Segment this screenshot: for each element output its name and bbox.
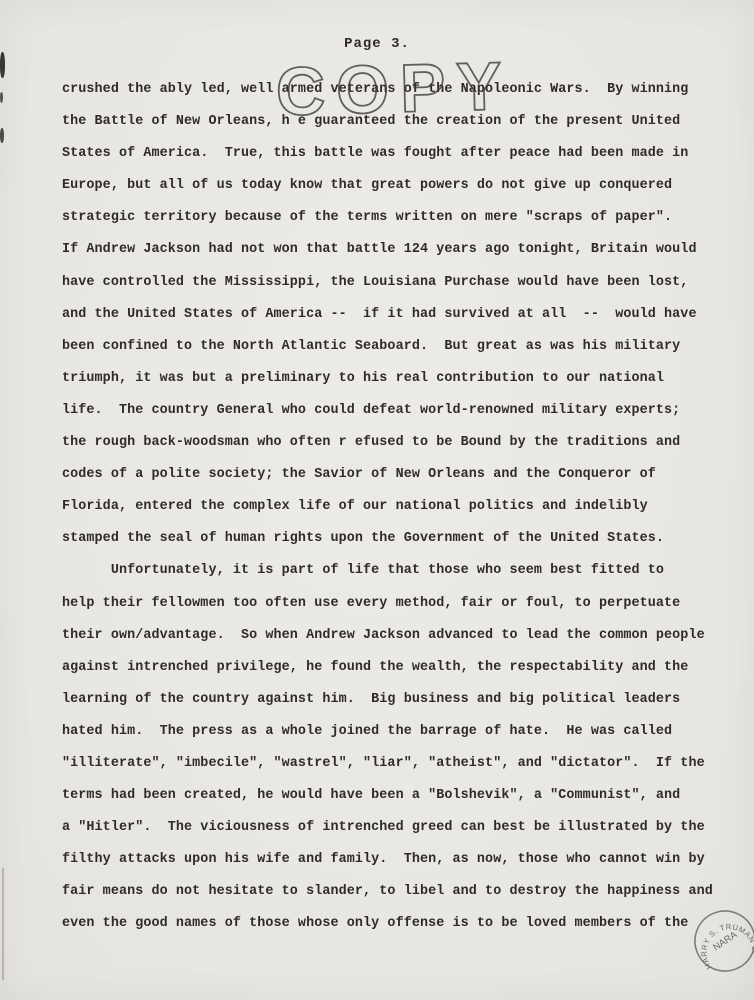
- scan-edge-artifact: [0, 92, 3, 103]
- stamp-center-text: NARA: [711, 929, 740, 953]
- scan-edge-line-artifact: [2, 868, 4, 980]
- text-line: "illiterate", "imbecile", "wastrel", "li…: [62, 748, 732, 780]
- text-line: codes of a polite society; the Savior of…: [62, 459, 732, 491]
- text-line: If Andrew Jackson had not won that battl…: [62, 234, 732, 266]
- text-line: help their fellowmen too often use every…: [62, 588, 732, 620]
- typewritten-text-body: crushed the ably led, well armed veteran…: [62, 74, 732, 941]
- text-line: stamped the seal of human rights upon th…: [62, 523, 732, 555]
- text-line: and the United States of America -- if i…: [62, 299, 732, 331]
- text-line: Florida, entered the complex life of our…: [62, 491, 732, 523]
- scan-edge-artifact: [0, 52, 5, 78]
- text-line: Unfortunately, it is part of life that t…: [62, 555, 732, 587]
- document-page: Page 3. COPY crushed the ably led, well …: [0, 0, 754, 1000]
- text-line: have controlled the Mississippi, the Lou…: [62, 267, 732, 299]
- text-line: against intrenched privilege, he found t…: [62, 652, 732, 684]
- text-line: Europe, but all of us today know that gr…: [62, 170, 732, 202]
- text-line: the rough back-woodsman who often r efus…: [62, 427, 732, 459]
- page-number-heading: Page 3.: [0, 36, 754, 52]
- text-line: learning of the country against him. Big…: [62, 684, 732, 716]
- text-line: their own/advantage. So when Andrew Jack…: [62, 620, 732, 652]
- text-line: been confined to the North Atlantic Seab…: [62, 331, 732, 363]
- text-line: strategic territory because of the terms…: [62, 202, 732, 234]
- text-line: life. The country General who could defe…: [62, 395, 732, 427]
- text-line: even the good names of those whose only …: [62, 908, 732, 940]
- text-line: hated him. The press as a whole joined t…: [62, 716, 732, 748]
- text-line: the Battle of New Orleans, h e guarantee…: [62, 106, 732, 138]
- text-line: filthy attacks upon his wife and family.…: [62, 844, 732, 876]
- text-line: a "Hitler". The viciousness of intrenche…: [62, 812, 732, 844]
- text-line: terms had been created, he would have be…: [62, 780, 732, 812]
- text-line: States of America. True, this battle was…: [62, 138, 732, 170]
- text-line: fair means do not hesitate to slander, t…: [62, 876, 732, 908]
- scan-edge-artifact: [0, 128, 4, 143]
- text-line: triumph, it was but a preliminary to his…: [62, 363, 732, 395]
- text-line: crushed the ably led, well armed veteran…: [62, 74, 732, 106]
- truman-library-archive-stamp: HARRY S. TRUMAN LIBRARY NARA: [690, 900, 754, 982]
